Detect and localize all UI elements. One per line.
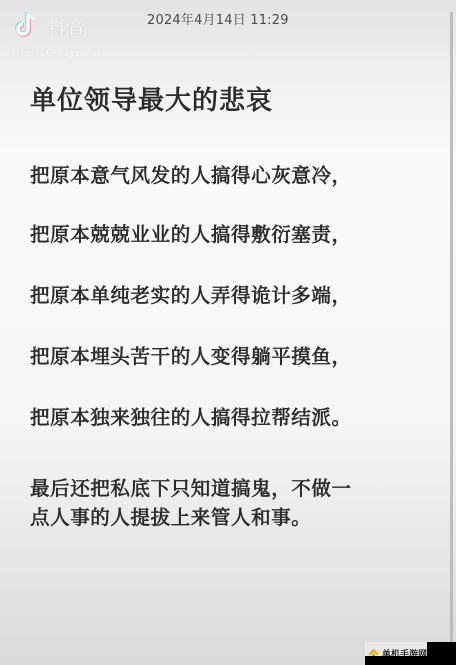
- note-line: 把原本单纯老实的人弄得诡计多端，: [30, 280, 352, 308]
- note-screenshot: 抖音 抖音号: Crazycreator 2024年4月14日 11:29 单位…: [0, 0, 456, 665]
- tiktok-account-id: 抖音号: Crazycreator: [10, 44, 111, 59]
- tiktok-logo-icon: [12, 10, 42, 40]
- note-line: 把原本独来独往的人搞得拉帮结派。: [30, 402, 352, 430]
- tiktok-watermark: 抖音 抖音号: Crazycreator: [10, 8, 150, 60]
- corner-mask-bottom: [365, 656, 456, 665]
- note-line: 把原本意气风发的人搞得心灰意冷，: [30, 160, 352, 188]
- closing-line: 最后还把私底下只知道搞鬼，不做一: [30, 474, 420, 503]
- note-line: 把原本兢兢业业的人搞得敷衍塞责，: [30, 219, 352, 247]
- note-closing-paragraph: 最后还把私底下只知道搞鬼，不做一 点人事的人提拔上来管人和事。: [30, 474, 420, 532]
- note-line: 把原本埋头苦干的人变得躺平摸鱼，: [30, 341, 352, 369]
- tiktok-app-name: 抖音: [48, 14, 86, 40]
- note-title: 单位领导最大的悲哀: [30, 80, 273, 117]
- closing-line: 点人事的人提拔上来管人和事。: [30, 503, 420, 532]
- note-timestamp: 2024年4月14日 11:29: [147, 9, 289, 28]
- frame-border: [450, 12, 453, 665]
